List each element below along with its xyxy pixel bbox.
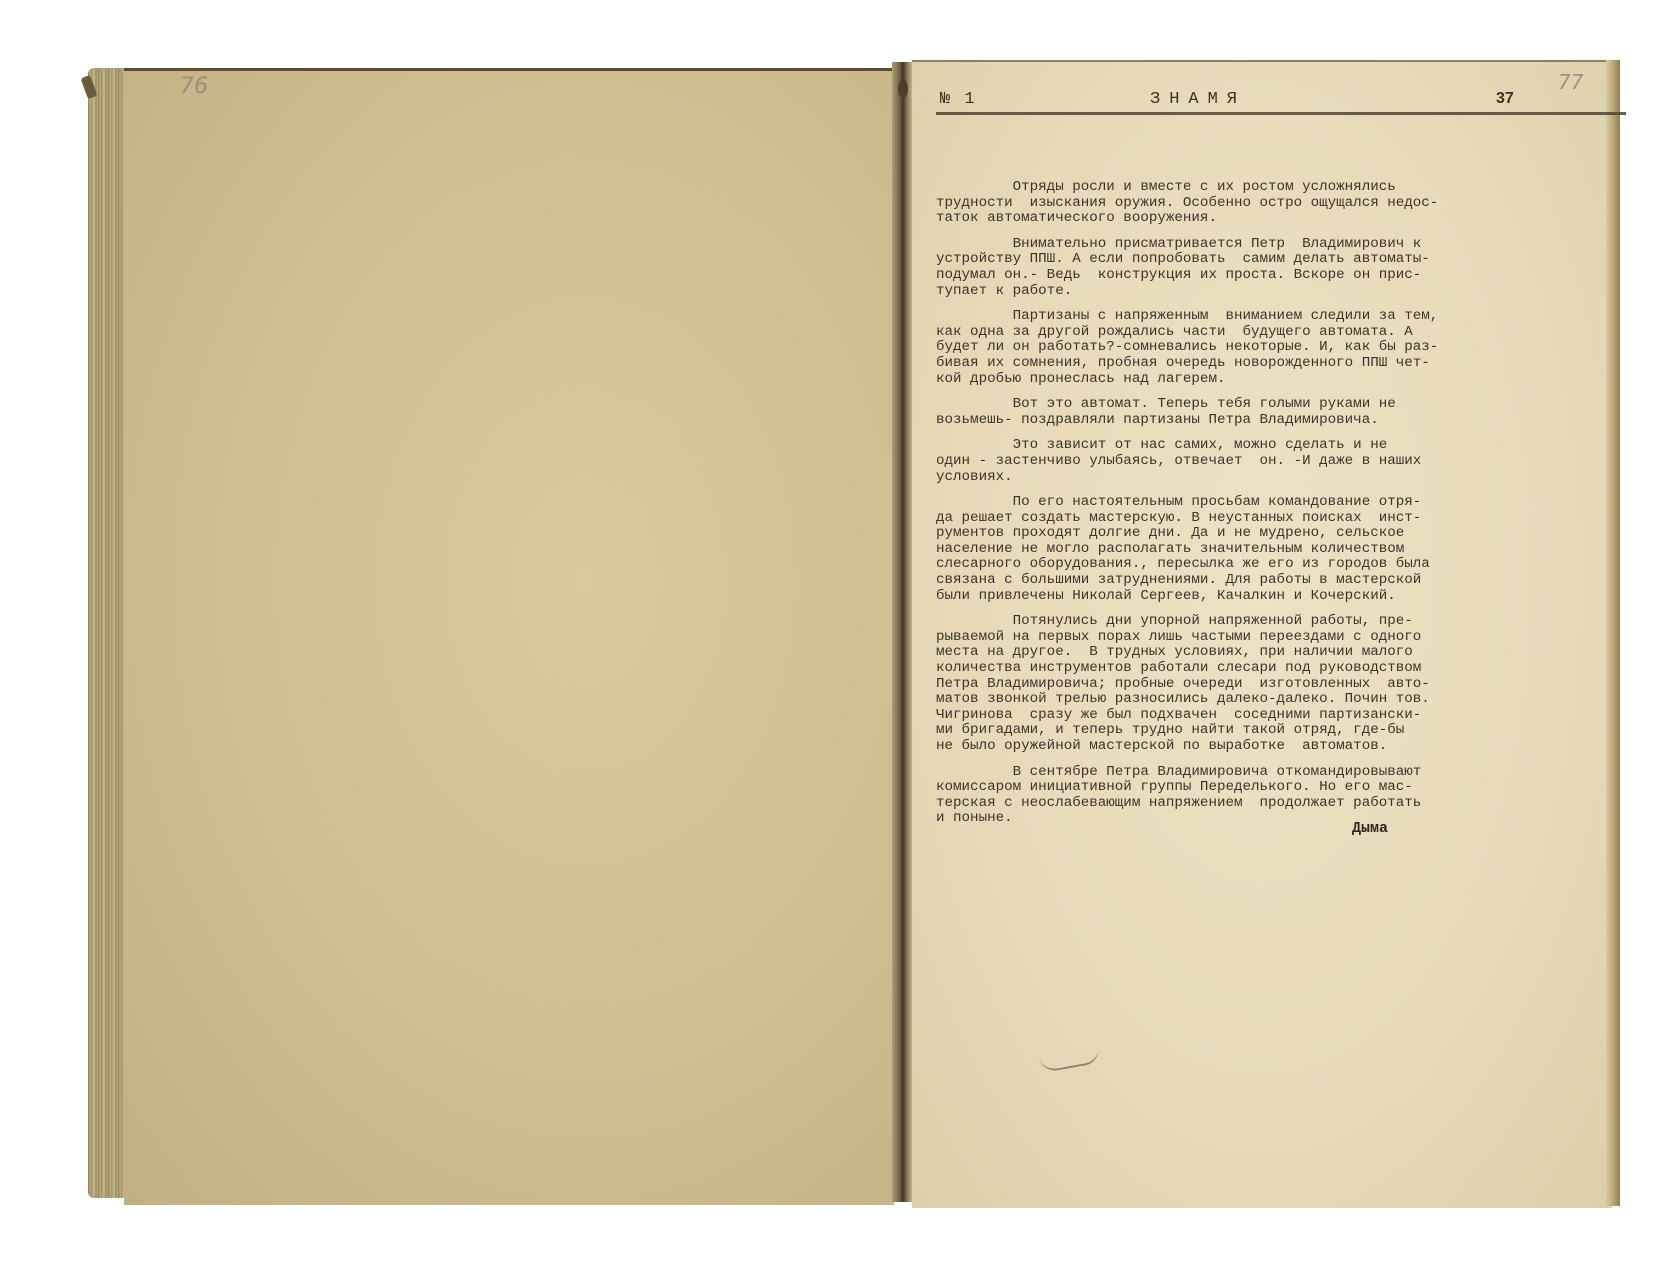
journal-title: ЗНАМЯ	[1150, 90, 1246, 109]
left-page-blank	[124, 68, 894, 1205]
paragraph: Отряды росли и вместе с их ростом усложн…	[936, 180, 1536, 227]
author-signature: Дыма	[1352, 820, 1388, 837]
page-number: 37	[1496, 90, 1514, 108]
left-pencil-folio: 76	[180, 74, 208, 99]
paragraph: Потянулись дни упорной напряженной работ…	[936, 614, 1536, 754]
open-book-spread: 76 77 № 1 ЗНАМЯ 37 Отряды росли и вместе…	[0, 0, 1680, 1272]
gutter-stain	[898, 80, 908, 98]
book-gutter	[892, 62, 914, 1202]
paragraph: По его настоятельным просьбам командован…	[936, 495, 1536, 604]
header-rule	[936, 112, 1626, 115]
paragraph: Это зависит от нас самих, можно сделать …	[936, 438, 1536, 485]
paragraph: Внимательно присматривается Петр Владими…	[936, 237, 1536, 299]
paragraph: В сентябре Петра Владимировича откоманди…	[936, 765, 1536, 827]
right-page-edge	[1606, 60, 1620, 1206]
issue-number: № 1	[940, 90, 977, 109]
article-body: Отряды росли и вместе с их ростом усложн…	[936, 180, 1536, 837]
running-head: № 1 ЗНАМЯ 37	[940, 90, 1590, 114]
paragraph: Партизаны с напряженным вниманием следил…	[936, 309, 1536, 387]
paragraph: Вот это автомат. Теперь тебя голыми рука…	[936, 397, 1536, 428]
